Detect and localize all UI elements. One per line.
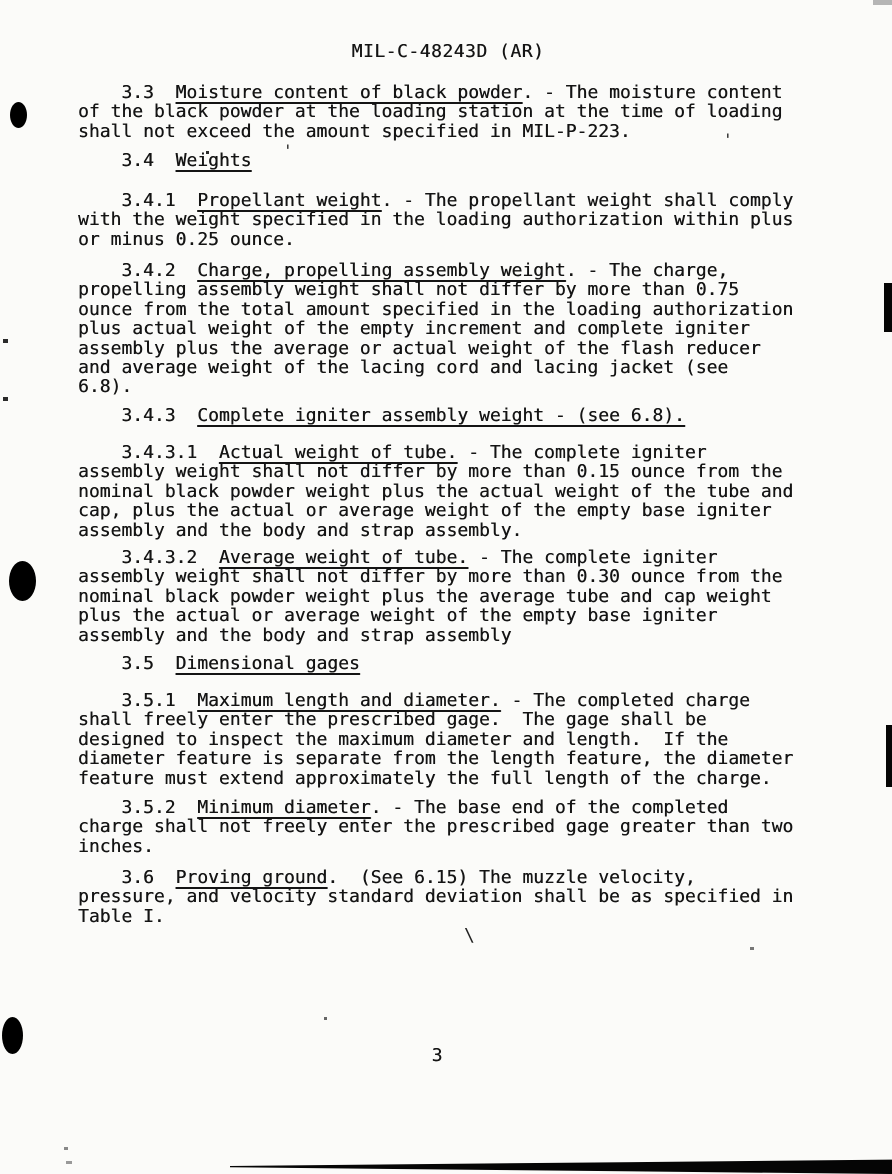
scan-apostrophe-mark: ' [283,141,293,160]
corner-scan-blob [873,0,892,5]
text-run: 3.3 [78,82,176,103]
text-run: 3.4.3.1 [78,442,219,463]
section-3-5-heading: 3.5 Dimensional gages [78,654,838,673]
section-3-4-3-heading: 3.4.3 Complete igniter assembly weight -… [78,406,838,425]
underlined-text-run: Average weight of tube. [219,547,468,568]
scan-speck [750,947,754,950]
page-number: 3 [0,1046,883,1065]
hole-punch-mark-middle [9,561,36,601]
text-run: 3.4.3.2 [78,547,219,568]
document-page: MIL-C-48243D (AR) 3.3 Moisture content o… [0,0,892,1174]
underlined-text-run: Maximum length and diameter. [197,690,500,711]
scan-apostrophe-mark: ' [723,130,733,149]
underlined-text-run: Actual weight of tube. [219,442,457,463]
underlined-text-run: Moisture content of black powder [176,82,523,103]
section-3-4-3-1-paragraph: 3.4.3.1 Actual weight of tube. - The com… [78,443,838,540]
text-run: 3.4.1 [78,190,197,211]
section-3-5-1-paragraph: 3.5.1 Maximum length and diameter. - The… [78,691,838,788]
text-run: 3.5.1 [78,690,197,711]
section-3-6-paragraph: 3.6 Proving ground. (See 6.15) The muzzl… [78,868,838,926]
section-3-4-2-paragraph: 3.4.2 Charge, propelling assembly weight… [78,261,838,397]
underlined-text-run: Minimum diameter [197,797,370,818]
text-run: 3.4.3 [78,405,197,426]
text-run: 3.5 [78,653,176,674]
underlined-text-run: Dimensional gages [176,653,360,674]
scan-speck [206,151,209,154]
scan-backslash-mark: \ [464,925,475,946]
bottom-scan-bar [230,1158,892,1174]
doc-header-title: MIL-C-48243D (AR) [2,42,892,62]
text-run: 3.4 [78,150,176,171]
text-run: . - The charge, propelling assembly weig… [78,260,793,397]
scan-speck [324,1017,327,1020]
text-run: 3.6 [78,867,176,888]
left-margin-tick-lower [3,397,8,401]
underlined-text-run: Complete igniter assembly weight - (see … [197,405,685,426]
underlined-text-run: Charge, propelling assembly weight [197,260,565,281]
right-edge-scan-bar-upper [884,283,892,332]
underlined-text-run: Proving ground [176,867,328,888]
underlined-text-run: Weights [176,150,252,171]
section-3-4-3-2-paragraph: 3.4.3.2 Average weight of tube. - The co… [78,548,838,645]
text-run: 3.4.2 [78,260,197,281]
right-edge-scan-bar-lower [886,725,892,787]
text-run: 3.5.2 [78,797,197,818]
hole-punch-mark-bottom [2,1017,23,1054]
section-3-4-1-paragraph: 3.4.1 Propellant weight. - The propellan… [78,191,838,249]
section-3-5-2-paragraph: 3.5.2 Minimum diameter. - The base end o… [78,798,838,856]
underlined-text-run: Propellant weight [197,190,381,211]
section-3-4-heading: 3.4 Weights [78,151,838,170]
hole-punch-mark-top [10,102,27,128]
scan-speck [66,1161,72,1164]
left-margin-tick-upper [3,339,8,343]
scan-speck [64,1147,68,1150]
